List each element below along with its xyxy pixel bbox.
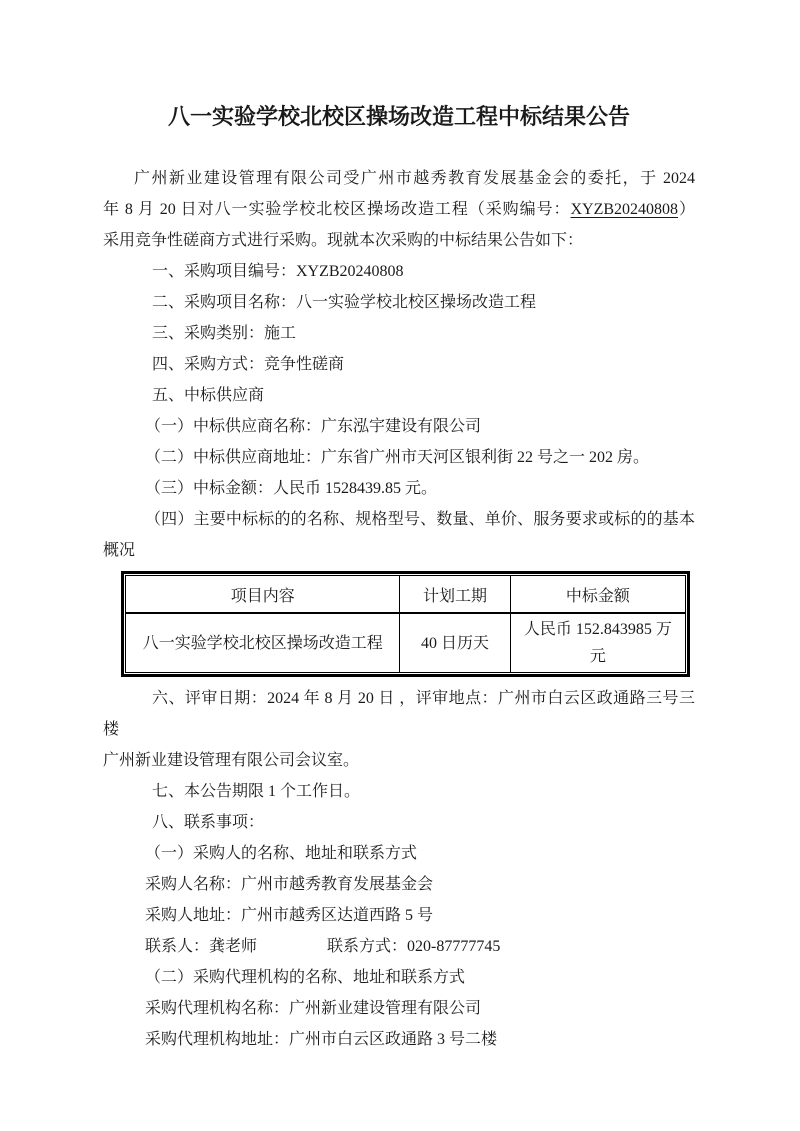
- page-title: 八一实验学校北校区操场改造工程中标结果公告: [103, 100, 695, 133]
- cell-project-content: 八一实验学校北校区操场改造工程: [126, 613, 400, 673]
- award-table: 项目内容 计划工期 中标金额 八一实验学校北校区操场改造工程 40 日历天 人民…: [121, 571, 690, 677]
- purchaser-name: 采购人名称：广州市越秀教育发展基金会: [103, 869, 695, 900]
- contact-person: 联系人：龚老师: [145, 938, 257, 955]
- sub-supplier-name: （一）中标供应商名称：广东泓宇建设有限公司: [103, 411, 695, 442]
- tail-items: 六、评审日期：2024 年 8 月 20 日 ，评审地点：广州市白云区政通路三号…: [103, 683, 695, 1055]
- contact-phone: 联系方式：020-87777745: [327, 938, 500, 955]
- agency-address: 采购代理机构地址：广州市白云区政通路 3 号二楼: [103, 1024, 695, 1055]
- sub-overview-line-2: 概况: [103, 535, 695, 566]
- intro-line-2-close: ）: [678, 201, 695, 218]
- sub-supplier-address: （二）中标供应商地址：广东省广州市天河区银利街 22 号之一 202 房。: [103, 442, 695, 473]
- header-planned-duration: 计划工期: [400, 576, 510, 614]
- header-award-amount: 中标金额: [510, 576, 685, 614]
- item-project-name: 二、采购项目名称：八一实验学校北校区操场改造工程: [103, 287, 695, 318]
- item-review-line-2: 广州新业建设管理有限公司会议室。: [103, 745, 695, 776]
- intro-paragraph: 广州新业建设管理有限公司受广州市越秀教育发展基金会的委托，于 2024 年 8 …: [103, 163, 695, 256]
- purchaser-address: 采购人地址：广州市越秀区达道西路 5 号: [103, 900, 695, 931]
- intro-line-2: 年 8 月 20 日对八一实验学校北校区操场改造工程（采购编号：XYZB2024…: [103, 194, 695, 225]
- item-contact-matters: 八、联系事项：: [103, 807, 695, 838]
- intro-line-1: 广州新业建设管理有限公司受广州市越秀教育发展基金会的委托，于 2024: [103, 163, 695, 194]
- item-project-number: 一、采购项目编号：XYZB20240808: [103, 256, 695, 287]
- item-announcement-period: 七、本公告期限 1 个工作日。: [103, 776, 695, 807]
- procurement-code: XYZB20240808: [570, 201, 678, 218]
- purchaser-heading: （一）采购人的名称、地址和联系方式: [103, 838, 695, 869]
- document-page: 八一实验学校北校区操场改造工程中标结果公告 广州新业建设管理有限公司受广州市越秀…: [0, 0, 800, 1131]
- item-winning-supplier: 五、中标供应商: [103, 380, 695, 411]
- header-project-content: 项目内容: [126, 576, 400, 614]
- cell-planned-duration: 40 日历天: [400, 613, 510, 673]
- numbered-items: 一、采购项目编号：XYZB20240808 二、采购项目名称：八一实验学校北校区…: [103, 256, 695, 566]
- agency-heading: （二）采购代理机构的名称、地址和联系方式: [103, 962, 695, 993]
- item-review-line-1: 六、评审日期：2024 年 8 月 20 日 ，评审地点：广州市白云区政通路三号…: [103, 683, 695, 745]
- contact-line: 联系人：龚老师联系方式：020-87777745: [103, 931, 695, 962]
- agency-name: 采购代理机构名称：广州新业建设管理有限公司: [103, 993, 695, 1024]
- cell-award-amount-line-1: 人民币 152.843985 万: [519, 616, 677, 643]
- award-table-data-row: 八一实验学校北校区操场改造工程 40 日历天 人民币 152.843985 万元: [126, 613, 686, 673]
- cell-award-amount: 人民币 152.843985 万元: [510, 613, 685, 673]
- cell-award-amount-line-2: 元: [519, 643, 677, 670]
- intro-line-2-text: 年 8 月 20 日对八一实验学校北校区操场改造工程（采购编号：: [103, 201, 570, 218]
- intro-line-3: 采用竞争性磋商方式进行采购。现就本次采购的中标结果公告如下：: [103, 225, 695, 256]
- item-method: 四、采购方式：竞争性磋商: [103, 349, 695, 380]
- sub-award-amount: （三）中标金额：人民币 1528439.85 元。: [103, 473, 695, 504]
- award-table-header-row: 项目内容 计划工期 中标金额: [126, 576, 686, 614]
- sub-overview-line-1: （四）主要中标标的的名称、规格型号、数量、单价、服务要求或标的的基本: [103, 504, 695, 535]
- item-category: 三、采购类别：施工: [103, 318, 695, 349]
